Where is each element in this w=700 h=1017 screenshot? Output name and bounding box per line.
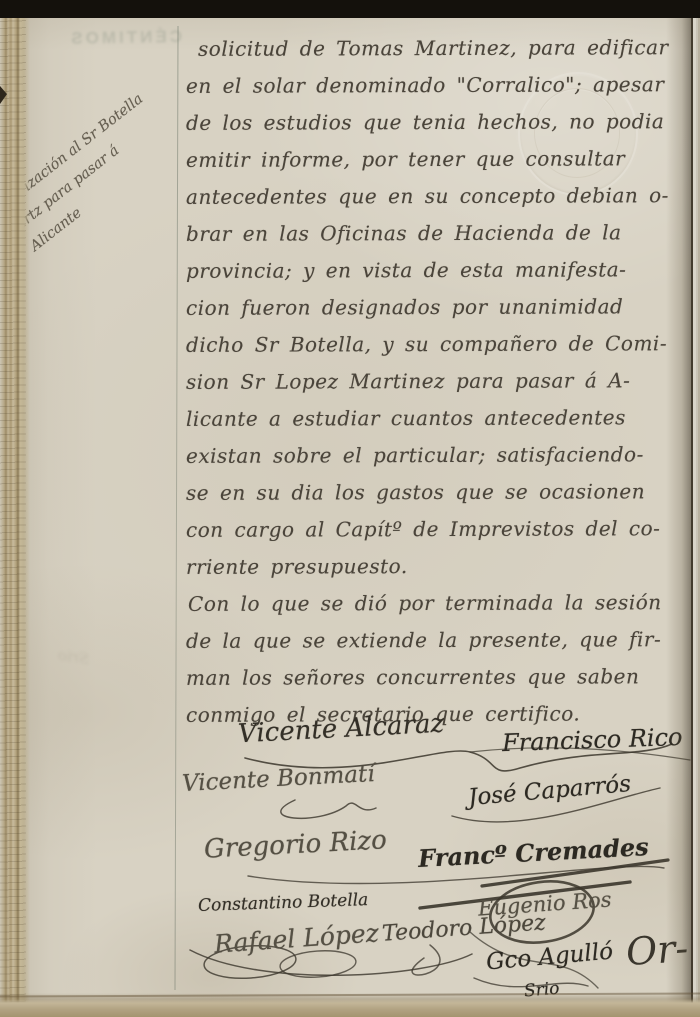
bottom-page-edge-line [0, 992, 700, 997]
manuscript-line: en el solar denominado "Corralico"; apes… [186, 66, 690, 105]
manuscript-line: se en su dia los gastos que se ocasionen [186, 473, 690, 512]
binding-nick [0, 86, 7, 104]
signature: Gregorio Rizo [203, 825, 387, 865]
column-rule [174, 26, 178, 990]
manuscript-line: de los estudios que tenia hechos, no pod… [186, 103, 690, 142]
bleedthrough-stamp-text: CÉNTIMOS [52, 27, 182, 49]
bleedthrough-margin-text: Srio [57, 646, 90, 668]
next-page-edge [691, 0, 700, 1017]
manuscript-line: rriente presupuesto. [186, 547, 690, 586]
signature: Teodoro López [381, 910, 546, 946]
signature: Francº Cremades [417, 832, 649, 873]
signature-secretary-abbrev: Srio [523, 978, 560, 1001]
manuscript-body: solicitud de Tomas Martinez, para edific… [186, 30, 690, 733]
manuscript-line: cion fueron designados por unanimidad [186, 288, 690, 327]
manuscript-line: con cargo al Capítº de Imprevistos del c… [186, 510, 690, 549]
manuscript-line: existan sobre el particular; satisfacien… [186, 436, 690, 475]
signature: Francisco Rico [502, 723, 683, 757]
book-binding-streaks [0, 0, 26, 1017]
manuscript-line: de la que se extiende la presente, que f… [186, 621, 690, 660]
manuscript-line: sion Sr Lopez Martinez para pasar á A- [186, 362, 690, 401]
manuscript-line: man los señores concurrentes que saben [186, 658, 690, 697]
manuscript-line: Con lo que se dió por terminada la sesió… [186, 584, 690, 623]
manuscript-line: emitir informe, por tener que consultar [186, 140, 690, 179]
manuscript-line: solicitud de Tomas Martinez, para edific… [186, 29, 690, 68]
book-binding-edges [0, 0, 30, 1017]
signature: Rafael López [213, 918, 379, 958]
manuscript-line: provincia; y en vista de esta manifesta- [186, 251, 690, 290]
signature: José Caparrós [467, 771, 632, 811]
manuscript-line: brar en las Oficinas de Hacienda de la [186, 214, 690, 253]
marginal-note-line: Mrtz para pasar á [0, 70, 213, 244]
signature: Constantino Botella [198, 890, 369, 916]
signature: Gco Agulló [485, 939, 614, 976]
manuscript-page-scan: CÉNTIMOS Srio Autorización al Sr Botella… [0, 0, 700, 1017]
manuscript-line: antecedentes que en su concepto debian o… [186, 177, 690, 216]
manuscript-line: licante a estudiar cuantos antecedentes [186, 399, 690, 438]
signature: Vicente Bonmatí [181, 761, 375, 797]
torn-top-edge [0, 0, 700, 18]
catchword: Or- [625, 926, 690, 974]
manuscript-line: dicho Sr Botella, y su compañero de Comi… [186, 325, 690, 364]
